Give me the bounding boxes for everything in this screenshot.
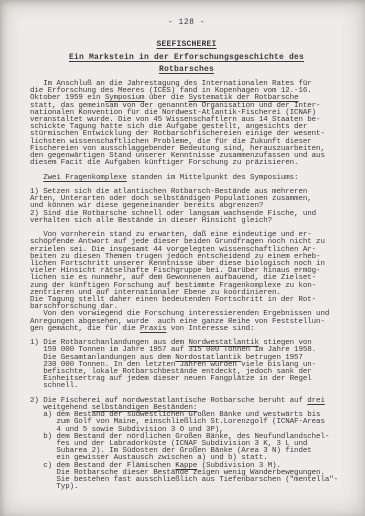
question-list: 1) Setzen sich die atlantischen Rotbarsc…	[30, 189, 343, 225]
text-segment: standen im Mittelpunkt des Symposiums:	[127, 174, 299, 182]
underlined-text: Zwei Fragenkomplexe	[43, 174, 127, 182]
page-number: - 128 -	[30, 18, 343, 27]
text-line: verhalten sich alle Bestände in dieser H…	[30, 218, 343, 225]
text-segment	[30, 174, 43, 182]
paragraph-intro: Im Anschluß an die Jahrestagung des Inte…	[30, 81, 343, 167]
finding-item-2: 2) Die Fischerei auf nordwestatlantische…	[30, 398, 343, 492]
article-title-line-2: Rotbarsches	[30, 64, 343, 76]
paragraph-ergebnisse: Von vornherein stand zu erwarten, daß ei…	[30, 232, 343, 311]
text-segment: verhalten sich alle Bestände in dieser H…	[30, 217, 272, 225]
underlined-text: drei	[307, 397, 325, 405]
underlined-text: Rotbarsches	[159, 65, 214, 74]
paragraph-fragenkomplexe-lead: Zwei Fragenkomplexe standen im Mittelpun…	[30, 175, 343, 182]
text-segment: von Interesse sind:	[166, 325, 254, 333]
text-segment: gen gemacht, die für die	[30, 325, 140, 333]
scanned-document-page: - 128 -SEEFISCHEREIEin Markstein in der …	[0, 0, 365, 516]
text-segment: Typ).	[30, 483, 78, 491]
text-line: Rotbarsches	[30, 64, 343, 76]
paragraph-praxis-lead: Von den vorwiegend die Forschung interes…	[30, 311, 343, 333]
article-title-line-1: Ein Markstein in der Erforschungsgeschic…	[30, 52, 343, 64]
text-line: Ein Markstein in der Erforschungsgeschic…	[30, 52, 343, 64]
text-segment: - 128 -	[168, 18, 205, 27]
text-line: - 128 -	[30, 18, 343, 27]
text-segment: diesem Facit die Aufgaben künftiger Fors…	[30, 159, 298, 167]
text-segment: schnell.	[30, 382, 78, 390]
text-line: SEEFISCHEREI	[30, 39, 343, 51]
text-line: schnell.	[30, 383, 343, 390]
underlined-text: Ein Markstein in der Erforschungsgeschic…	[69, 53, 304, 62]
text-line: Zwei Fragenkomplexe standen im Mittelpun…	[30, 175, 343, 182]
finding-item-1: 1) Die Rotbarschanlandungen aus dem Nord…	[30, 340, 343, 390]
text-line: gen gemacht, die für die Praxis von Inte…	[30, 326, 343, 333]
text-line: Typ).	[30, 484, 343, 491]
document-content: - 128 -SEEFISCHEREIEin Markstein in der …	[30, 18, 343, 491]
text-line: diesem Facit die Aufgaben künftiger Fors…	[30, 160, 343, 167]
underlined-text: SEEFISCHEREI	[156, 40, 216, 49]
underlined-text: Praxis	[140, 325, 166, 333]
section-title: SEEFISCHEREI	[30, 39, 343, 51]
